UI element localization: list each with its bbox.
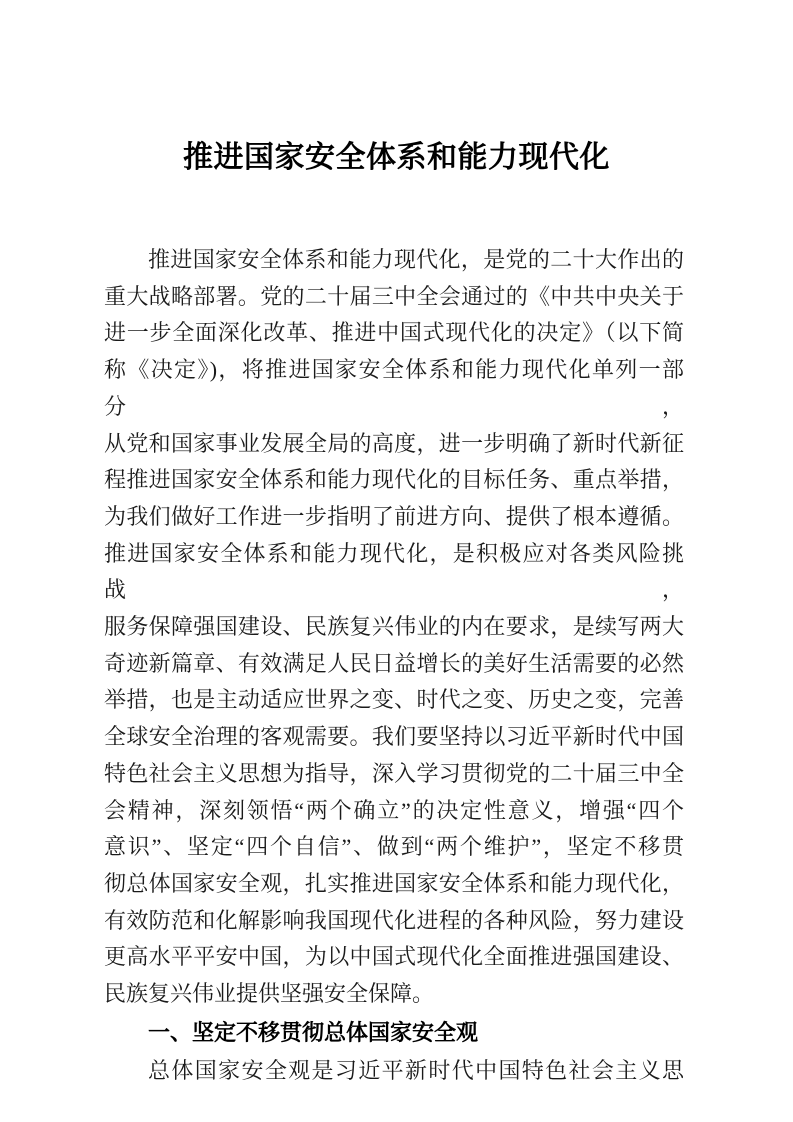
body-line: 全球安全治理的客观需要。我们要坚持以习近平新时代中国 <box>104 719 684 756</box>
body-line: 举措，也是主动适应世界之变、时代之变、历史之变，完善 <box>104 682 684 719</box>
body-line: 程推进国家安全体系和能力现代化的目标任务、重点举措， <box>104 462 684 499</box>
body-line: 意识”、坚定“四个自信”、做到“两个维护”，坚定不移贯 <box>104 829 684 866</box>
body-line: 推进国家安全体系和能力现代化，是党的二十大作出的 <box>104 242 684 279</box>
body-line: 称《决定》)，将推进国家安全体系和能力现代化单列一部分， <box>104 352 684 425</box>
body-line: 会精神，深刻领悟“两个确立”的决定性意义，增强“四个 <box>104 793 684 830</box>
section-heading: 一、坚定不移贯彻总体国家安全观 <box>104 1015 684 1052</box>
body-line: 服务保障强国建设、民族复兴伟业的内在要求，是续写两大 <box>104 609 684 646</box>
body-line: 彻总体国家安全观，扎实推进国家安全体系和能力现代化， <box>104 866 684 903</box>
body-line: 从党和国家事业发展全局的高度，进一步明确了新时代新征 <box>104 426 684 463</box>
body-line: 更高水平平安中国，为以中国式现代化全面推进强国建设、 <box>104 939 684 976</box>
body-line: 奇迹新篇章、有效满足人民日益增长的美好生活需要的必然 <box>104 646 684 683</box>
document-page: 推进国家安全体系和能力现代化 推进国家安全体系和能力现代化，是党的二十大作出的重… <box>0 0 793 1122</box>
body-line: 推进国家安全体系和能力现代化，是积极应对各类风险挑战， <box>104 536 684 609</box>
body-line: 有效防范和化解影响我国现代化进程的各种风险，努力建设 <box>104 903 684 940</box>
document-body: 推进国家安全体系和能力现代化，是党的二十大作出的重大战略部署。党的二十届三中全会… <box>104 242 684 1090</box>
body-line: 总体国家安全观是习近平新时代中国特色社会主义思 <box>104 1053 684 1090</box>
body-line: 为我们做好工作进一步指明了前进方向、提供了根本遵循。 <box>104 499 684 536</box>
body-line: 进一步全面深化改革、推进中国式现代化的决定》（以下简 <box>104 315 684 352</box>
document-title: 推进国家安全体系和能力现代化 <box>0 136 793 180</box>
body-line: 重大战略部署。党的二十届三中全会通过的《中共中央关于 <box>104 279 684 316</box>
body-line: 民族复兴伟业提供坚强安全保障。 <box>104 976 684 1013</box>
body-line: 特色社会主义思想为指导，深入学习贯彻党的二十届三中全 <box>104 756 684 793</box>
